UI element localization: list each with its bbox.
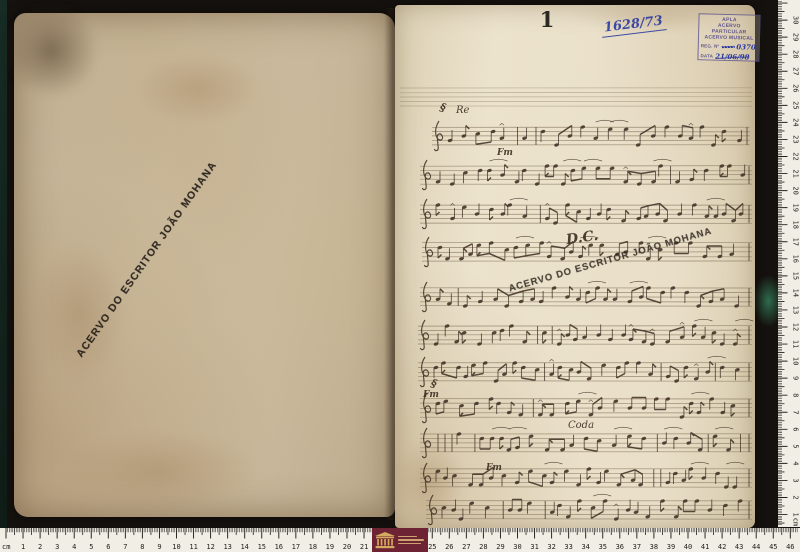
paper-stain	[134, 51, 264, 126]
paper-stain	[390, 435, 470, 530]
svg-text:16: 16	[275, 543, 283, 551]
svg-text:28: 28	[479, 543, 487, 551]
svg-text:42: 42	[718, 543, 726, 551]
scribble-mark	[721, 44, 734, 48]
scanner-bed-edge	[0, 0, 7, 552]
ownership-stamp-right: ACERVO DO ESCRITOR JOÃO MOHANA	[508, 227, 711, 295]
svg-text:36: 36	[616, 543, 624, 551]
svg-text:24: 24	[792, 118, 800, 126]
svg-text:6: 6	[792, 427, 800, 431]
svg-text:19: 19	[326, 543, 334, 551]
svg-text:9: 9	[157, 543, 161, 551]
svg-text:7: 7	[123, 543, 127, 551]
right-page: 1 1628/73 APLA ACERVO PARTICULAR ACERVO …	[395, 5, 755, 528]
stamp-reg-label: REG. Nº	[701, 43, 720, 48]
svg-text:34: 34	[581, 543, 589, 551]
svg-text:44: 44	[752, 543, 760, 551]
building-icon	[375, 532, 395, 549]
svg-text:35: 35	[599, 543, 607, 551]
svg-text:8: 8	[140, 543, 144, 551]
svg-text:18: 18	[792, 220, 800, 228]
svg-text:3: 3	[55, 543, 59, 551]
svg-text:2: 2	[792, 495, 800, 499]
svg-text:41: 41	[701, 543, 709, 551]
left-page: ACERVO DO ESCRITOR JOÃO MOHANA	[14, 13, 395, 517]
svg-text:16: 16	[792, 255, 800, 263]
svg-text:40: 40	[684, 543, 692, 551]
svg-text:5: 5	[89, 543, 93, 551]
scanner-bed-patch	[754, 276, 778, 326]
svg-text:26: 26	[792, 84, 800, 92]
svg-text:8: 8	[792, 393, 800, 397]
svg-text:27: 27	[792, 67, 800, 75]
svg-text:12: 12	[206, 543, 214, 551]
svg-text:21: 21	[360, 543, 368, 551]
svg-text:11: 11	[792, 340, 800, 348]
svg-text:25: 25	[428, 543, 436, 551]
svg-text:25: 25	[792, 101, 800, 109]
svg-text:27: 27	[462, 543, 470, 551]
svg-text:17: 17	[292, 543, 300, 551]
svg-text:15: 15	[258, 543, 266, 551]
svg-text:39: 39	[667, 543, 675, 551]
svg-text:45: 45	[769, 543, 777, 551]
svg-text:30: 30	[792, 16, 800, 24]
svg-text:15: 15	[792, 272, 800, 280]
svg-text:12: 12	[792, 323, 800, 331]
paper-stain	[54, 428, 264, 513]
svg-text:18: 18	[309, 543, 317, 551]
svg-text:26: 26	[445, 543, 453, 551]
svg-text:29: 29	[496, 543, 504, 551]
svg-text:32: 32	[547, 543, 555, 551]
paper-stain	[4, 3, 99, 98]
svg-text:1: 1	[792, 512, 800, 516]
svg-text:14: 14	[792, 289, 800, 297]
svg-text:9: 9	[792, 376, 800, 380]
logo-text-lines	[398, 536, 425, 545]
svg-text:14: 14	[240, 543, 248, 551]
svg-text:7: 7	[792, 410, 800, 414]
svg-text:19: 19	[792, 203, 800, 211]
svg-text:cm: cm	[2, 543, 10, 551]
svg-text:4: 4	[72, 543, 76, 551]
svg-text:30: 30	[513, 543, 521, 551]
vertical-ruler: 1234567891011121314151617181920212223242…	[778, 0, 800, 527]
svg-text:43: 43	[735, 543, 743, 551]
svg-text:6: 6	[106, 543, 110, 551]
svg-text:11: 11	[189, 543, 197, 551]
svg-text:28: 28	[792, 50, 800, 58]
svg-text:33: 33	[564, 543, 572, 551]
svg-text:1: 1	[21, 543, 25, 551]
ownership-stamp-left: ACERVO DO ESCRITOR JOÃO MOHANA	[74, 164, 216, 359]
manuscript-scan: ACERVO DO ESCRITOR JOÃO MOHANA 1 1628/73…	[0, 0, 800, 552]
svg-text:37: 37	[633, 543, 641, 551]
svg-text:3: 3	[792, 478, 800, 482]
archive-logo	[372, 528, 428, 552]
svg-text:13: 13	[792, 306, 800, 314]
svg-text:10: 10	[792, 357, 800, 365]
svg-text:cm: cm	[792, 518, 800, 526]
svg-text:20: 20	[792, 186, 800, 194]
svg-text:10: 10	[172, 543, 180, 551]
stamp-date-label: DATA	[700, 53, 713, 58]
svg-text:5: 5	[792, 444, 800, 448]
svg-text:23: 23	[792, 135, 800, 143]
svg-text:21: 21	[792, 169, 800, 177]
svg-text:2: 2	[38, 543, 42, 551]
svg-text:46: 46	[786, 543, 794, 551]
svg-text:38: 38	[650, 543, 658, 551]
svg-text:17: 17	[792, 238, 800, 246]
stamp-reg-value: 0370	[736, 42, 756, 52]
svg-text:31: 31	[530, 543, 538, 551]
svg-text:20: 20	[343, 543, 351, 551]
catalog-number: 1628/73	[600, 13, 667, 38]
svg-text:13: 13	[223, 543, 231, 551]
svg-text:22: 22	[792, 152, 800, 160]
library-stamp: APLA ACERVO PARTICULAR ACERVO MUSICAL RE…	[697, 13, 760, 62]
svg-text:29: 29	[792, 33, 800, 41]
page-number: 1	[535, 7, 559, 32]
svg-text:4: 4	[792, 461, 800, 465]
stamp-date-value: 21/06/98	[715, 52, 750, 62]
